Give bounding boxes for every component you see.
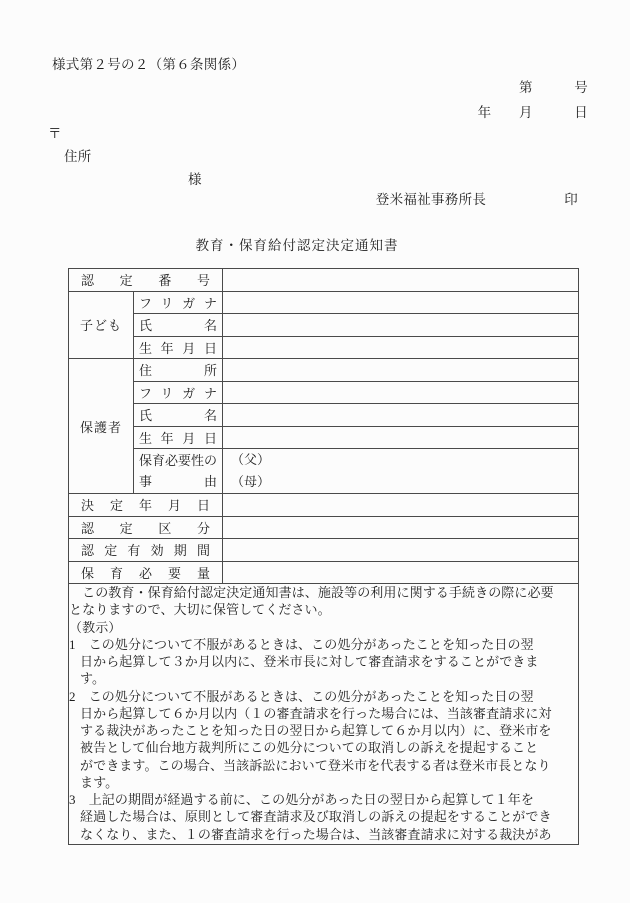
issue-date-line: 年 月 日 [478,105,588,122]
table-row: 認定番号 [69,269,579,292]
cert-number-label-cell: 認定番号 [69,269,223,292]
child-birthdate-label-cell: 生年月日 [134,336,223,359]
care-amount-value-cell [223,561,579,584]
notice-line: 日から起算して６か月以内（１の審査請求を行った場合には、当該審査請求に対 [69,705,578,722]
guardian-name-value-cell [223,404,579,427]
table-row: 認定区分 [69,516,579,539]
care-necessity-reason-value-cell: （父） （母） [223,449,579,494]
child-name-label-cell: 氏名 [134,314,223,337]
addressee-honorific: 様 [188,172,202,189]
table-row: この教育・保育給付認定決定通知書は、施設等の利用に関する手続きの際に必要 となり… [69,584,579,845]
notice-line: 被告として仙台地方裁判所にこの処分についての取消しの訴えを提起すること [69,739,578,756]
notice-line: す。 [69,670,578,687]
cert-number-value-cell [223,269,579,292]
table-row: 認定有効期間 [69,539,579,562]
table-row: フリガナ [69,381,579,404]
notice-line: 3 上記の期間が経過する前に、この処分があった日の翌日から起算して１年を [69,791,578,808]
table-row: 保育必要量 [69,561,579,584]
table-row: 氏名 [69,314,579,337]
notice-line: 日から起算して３か月以内に、登米市長に対して審査請求をすることができま [69,653,578,670]
child-group-cell: 子ども [69,291,134,359]
guardian-furigana-value-cell [223,381,579,404]
cert-category-value-cell [223,516,579,539]
notice-line: 2 この処分について不服があるときは、この処分があったことを知った日の翌 [69,688,578,705]
notice-line: ます。 [69,774,578,791]
cert-category-label-cell: 認定区分 [69,516,223,539]
child-furigana-value-cell [223,291,579,314]
certification-table: 認定番号 子ども フリガナ 氏名 生年月日 保護者 住所 フリガナ 氏名 [68,268,579,845]
notice-line: ができます。この場合、当該訴訟において登米市を代表する者は登米市長となり [69,757,578,774]
table-row: 子ども フリガナ [69,291,579,314]
notice-line: となりますので、大切に保管してください。 [69,601,578,618]
table-row: 決定年月日 [69,494,579,517]
decision-date-value-cell [223,494,579,517]
notice-line: する裁決があったことを知った日の翌日から起算して６か月以内）に、登米市を [69,722,578,739]
address-label: 住所 [64,149,92,166]
notice-line: この教育・保育給付認定決定通知書は、施設等の利用に関する手続きの際に必要 [69,584,578,601]
table-row: 生年月日 [69,426,579,449]
issuer-title: 登米福祉事務所長 [376,192,486,207]
issuer-line: 登米福祉事務所長印 [376,192,578,209]
guardian-address-label-cell: 住所 [134,359,223,382]
notice-line: 1 この処分について不服があるときは、この処分があったことを知った日の翌 [69,636,578,653]
reason-mother-value: （母） [223,471,578,493]
guardian-group-cell: 保護者 [69,359,134,494]
guardian-name-label-cell: 氏名 [134,404,223,427]
table-row: 保護者 住所 [69,359,579,382]
child-furigana-label-cell: フリガナ [134,291,223,314]
table-row: 氏名 [69,404,579,427]
notice-line: 経過した場合は、原則として審査請求及び取消しの訴えの提起をすることができ [69,808,578,825]
notice-cell: この教育・保育給付認定決定通知書は、施設等の利用に関する手続きの際に必要 となり… [69,584,579,845]
guardian-birthdate-label-cell: 生年月日 [134,426,223,449]
notice-line: なくなり、また、１の審査請求を行った場合は、当該審査請求に対する裁決があ [69,826,578,843]
guardian-furigana-label-cell: フリガナ [134,381,223,404]
child-name-value-cell [223,314,579,337]
page-title: 教育・保育給付認定決定通知書 [0,238,594,255]
reason-father-value: （父） [223,449,578,471]
child-birthdate-value-cell [223,336,579,359]
seal-mark: 印 [564,192,578,207]
table-row: 保育必要性の 事由 （父） （母） [69,449,579,494]
notice-line: （教示） [69,619,578,636]
table-row: 生年月日 [69,336,579,359]
care-necessity-reason-label-cell: 保育必要性の 事由 [134,449,223,494]
postal-mark: 〒 [48,126,62,143]
form-number: 様式第２号の２（第６条関係） [52,57,245,74]
cert-valid-period-value-cell [223,539,579,562]
guardian-address-value-cell [223,359,579,382]
decision-date-label-cell: 決定年月日 [69,494,223,517]
document-page: 様式第２号の２（第６条関係） 第 号 年 月 日 〒 住所 様 登米福祉事務所長… [0,0,630,903]
cert-valid-period-label-cell: 認定有効期間 [69,539,223,562]
care-amount-label-cell: 保育必要量 [69,561,223,584]
document-number-line: 第 号 [519,80,588,97]
guardian-birthdate-value-cell [223,426,579,449]
